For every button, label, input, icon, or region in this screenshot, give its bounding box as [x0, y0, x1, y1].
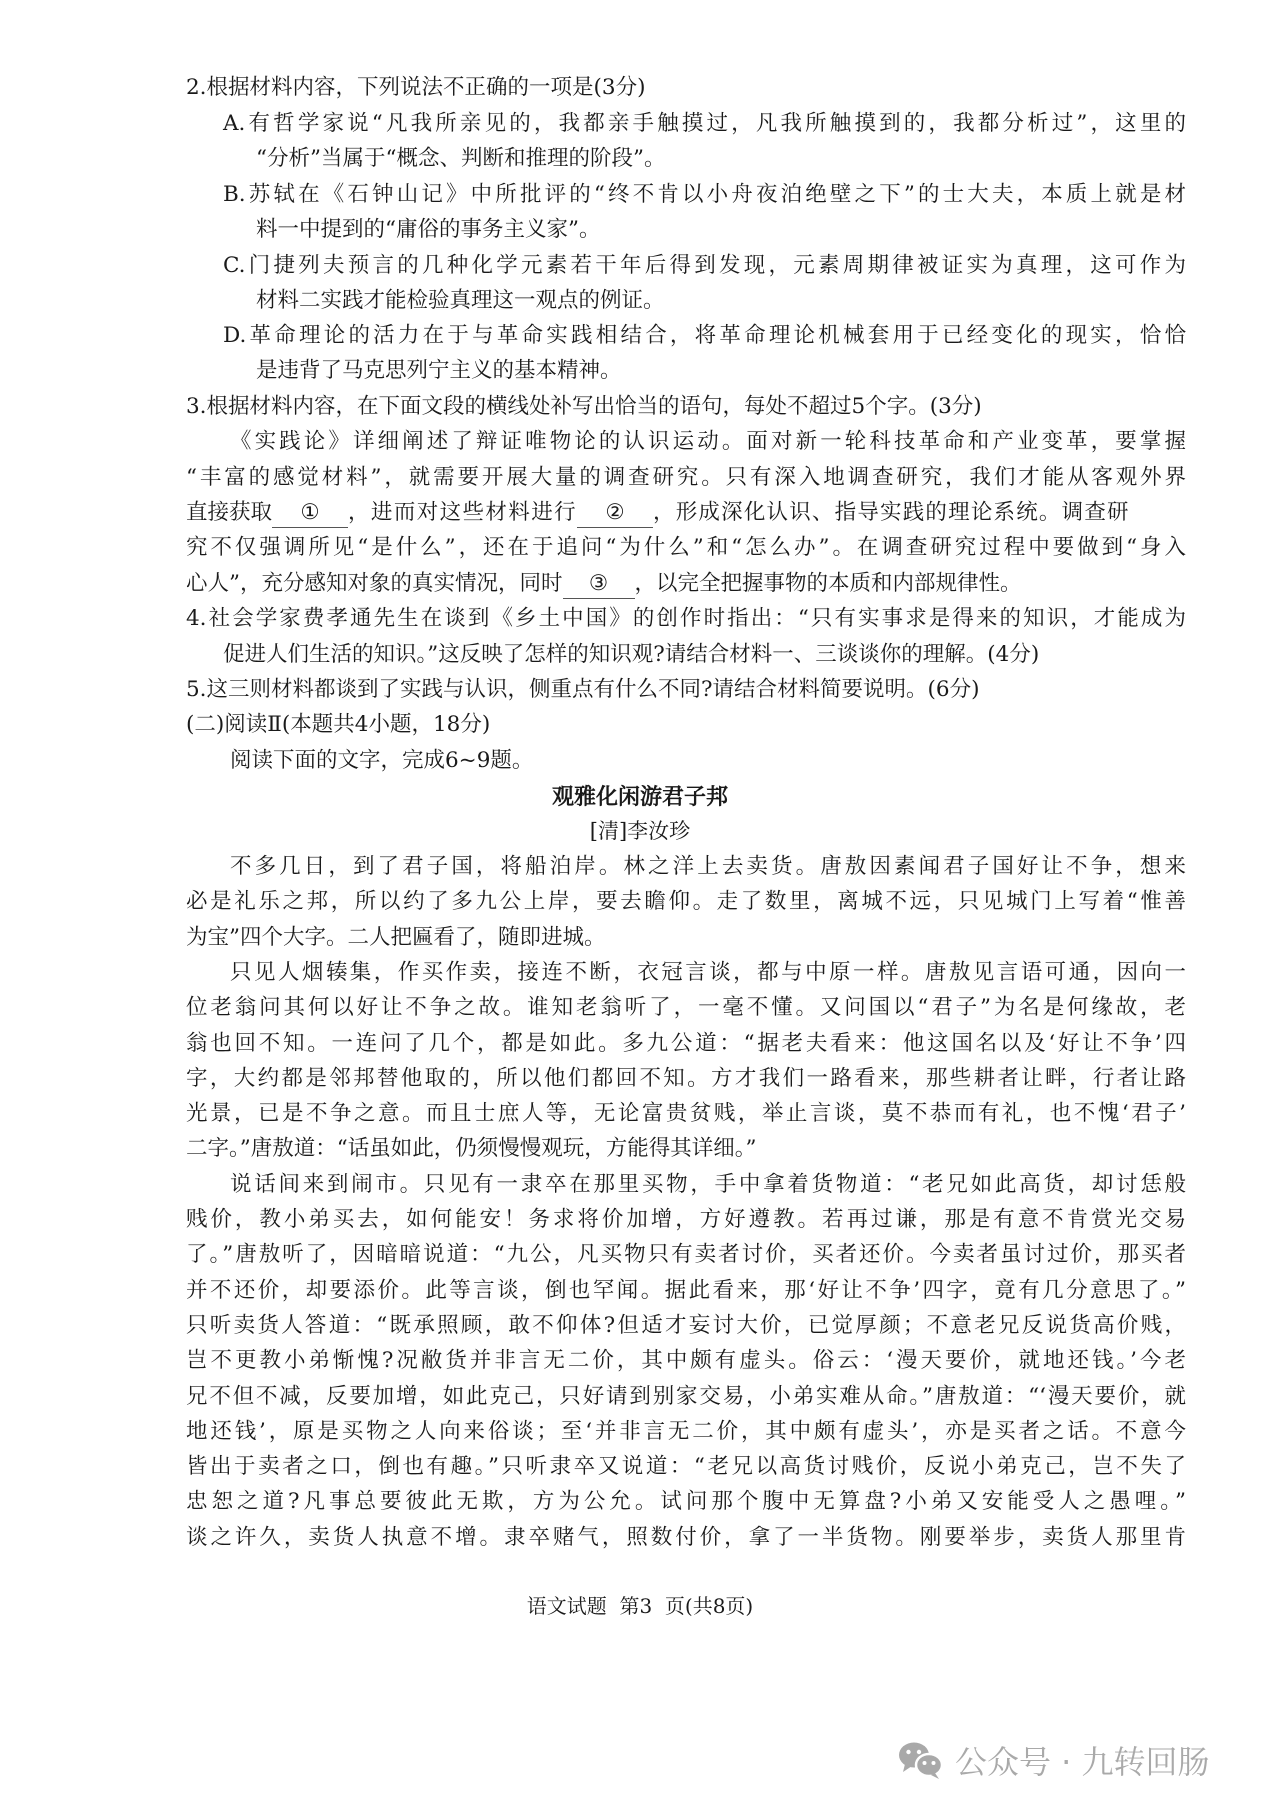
question-3-passage-line5: 心人”，充分感知对象的真实情况，同时③，以完全把握事物的本质和内部规律性。	[186, 566, 1022, 601]
question-4-line1: 4.社会学家费孝通先生在谈到《乡土中国》的创作时指出：“只有实事求是得来的知识，…	[186, 601, 1186, 636]
passage-line: 忠恕之道?凡事总要彼此无欺，方为公允。试问那个腹中无算盘?小弟又安能受人之愚哩。…	[186, 1484, 1186, 1519]
passage-line: 必是礼乐之邦，所以约了多九公上岸，要去瞻仰。走了数里，离城不远，只见城门上写着“…	[186, 884, 1186, 919]
passage-text: 直接获取	[186, 500, 272, 525]
option-b-line1: B.苏轼在《石钟山记》中所批评的“终不肯以小舟夜泊绝壁之下”的士大夫，本质上就是…	[223, 177, 1186, 212]
passage-line: 谈之许久，卖货人执意不增。隶卒赌气，照数付价，拿了一半货物。刚要举步，卖货人那里…	[186, 1520, 1186, 1555]
passage-text: ，以完全把握事物的本质和内部规律性。	[635, 571, 1022, 596]
passage-author: [清]李汝珍	[0, 814, 1280, 849]
option-c-line1: C.门捷列夫预言的几种化学元素若干年后得到发现，元素周期律被证实为真理，这可作为	[223, 248, 1186, 283]
passage-line: 岂不更教小弟惭愧?况敝货并非言无二价，其中颇有虚头。俗云：‘漫天要价，就地还钱。…	[186, 1343, 1186, 1378]
exam-page: 2.根据材料内容，下列说法不正确的一项是(3分) A.有哲学家说“凡我所亲见的，…	[0, 0, 1280, 1810]
question-3-passage-line4: 究不仅强调所见“是什么”，还在于追问“为什么”和“怎么办”。在调查研究过程中要做…	[186, 530, 1186, 565]
passage-line: 皆出于卖者之口，倒也有趣。”只听隶卒又说道：“老兄以高货讨贱价，反说小弟克己，岂…	[186, 1449, 1186, 1484]
passage-line: 说话间来到闹市。只见有一隶卒在那里买物，手中拿着货物道：“老兄如此高货，却讨恁般	[230, 1167, 1186, 1202]
passage-line: 位老翁问其何以好让不争之故。谁知老翁听了，一毫不懂。又问国以“君子”为名是何缘故…	[186, 990, 1186, 1025]
fill-blank-2: ②	[577, 499, 653, 528]
fill-blank-1: ①	[272, 499, 348, 528]
passage-text: 心人”，充分感知对象的真实情况，同时	[186, 571, 563, 596]
option-c-line2: 材料二实践才能检验真理这一观点的例证。	[256, 283, 665, 318]
passage-line: 并不还价，却要添价。此等言谈，倒也罕闻。据此看来，那‘好让不争’四字，竟有几分意…	[186, 1273, 1186, 1308]
passage-text: ，进而对这些材料进行	[348, 500, 577, 525]
question-4-line2: 促进人们生活的知识。”这反映了怎样的知识观?请结合材料一、三谈谈你的理解。(4分…	[223, 637, 1039, 672]
section-2-instruction: 阅读下面的文字，完成6~9题。	[230, 743, 533, 778]
passage-line: 为宝”四个大字。二人把匾看了，随即进城。	[186, 920, 606, 955]
wechat-icon	[897, 1740, 945, 1780]
option-d-line1: D.革命理论的活力在于与革命实践相结合，将革命理论机械套用于已经变化的现实，恰恰	[223, 318, 1186, 353]
passage-line: 二字。”唐敖道：“话虽如此，仍须慢慢观玩，方能得其详细。”	[186, 1131, 756, 1166]
watermark-text: 公众号 · 九转回肠	[955, 1737, 1210, 1783]
passage-line: 只见人烟辏集，作买作卖，接连不断，衣冠言谈，都与中原一样。唐敖见言语可通，因向一	[230, 955, 1186, 990]
passage-line: 地还钱’，原是买物之人向来俗谈；至‘并非言无二价，其中颇有虚头’，亦是买者之话。…	[186, 1414, 1186, 1449]
passage-line: 翁也回不知。一连问了几个，都是如此。多九公道：“据老夫看来：他这国名以及‘好让不…	[186, 1026, 1186, 1061]
fill-blank-3: ③	[563, 570, 635, 599]
passage-line: 不多几日，到了君子国，将船泊岸。林之洋上去卖货。唐敖因素闻君子国好让不争，想来	[230, 849, 1186, 884]
section-2-heading: (二)阅读Ⅱ(本题共4小题，18分)	[186, 707, 490, 742]
question-3-passage-line2: “丰富的感觉材料”，就需要开展大量的调查研究。只有深入地调查研究，我们才能从客观…	[186, 460, 1186, 495]
passage-title: 观雅化闲游君子邦	[0, 780, 1280, 815]
passage-text: ，形成深化认识、指导实践的理论系统。调查研	[653, 500, 1130, 525]
option-b-line2: 料一中提到的“庸俗的事务主义家”。	[256, 212, 601, 247]
passage-line: 了。”唐敖听了，因暗暗说道：“九公，凡买物只有卖者讨价，买者还价。今卖者虽讨过价…	[186, 1237, 1186, 1272]
option-a-line1: A.有哲学家说“凡我所亲见的，我都亲手触摸过，凡我所触摸到的，我都分析过”，这里…	[223, 106, 1186, 141]
page-footer: 语文试题 第3 页(共8页)	[0, 1590, 1280, 1619]
passage-line: 贱价，教小弟买去，如何能安！务求将价加增，方好遵教。若再过谦，那是有意不肯赏光交…	[186, 1202, 1186, 1237]
watermark: 公众号 · 九转回肠	[897, 1737, 1210, 1783]
passage-line: 只听卖货人答道：“既承照顾，敢不仰体?但适才妄讨大价，已觉厚颜；不意老兄反说货高…	[186, 1308, 1186, 1343]
passage-line: 光景，已是不争之意。而且士庶人等，无论富贵贫贱，举止言谈，莫不恭而有礼，也不愧‘…	[186, 1096, 1186, 1131]
question-5-line1: 5.这三则材料都谈到了实践与认识，侧重点有什么不同?请结合材料简要说明。(6分)	[186, 672, 980, 707]
question-3-passage-line3: 直接获取①，进而对这些材料进行②，形成深化认识、指导实践的理论系统。调查研	[186, 495, 1186, 530]
passage-line: 兄不但不减，反要加增，如此克己，只好请到别家交易，小弟实难从命。”唐敖道：“‘漫…	[186, 1379, 1186, 1414]
question-3-stem: 3.根据材料内容，在下面文段的横线处补写出恰当的语句，每处不超过5个字。(3分)	[186, 389, 982, 424]
option-d-line2: 是违背了马克思列宁主义的基本精神。	[256, 353, 622, 388]
question-2-stem: 2.根据材料内容，下列说法不正确的一项是(3分)	[186, 70, 645, 105]
passage-line: 字，大约都是邻邦替他取的，所以他们都回不知。方才我们一路看来，那些耕者让畔，行者…	[186, 1061, 1186, 1096]
question-3-passage-line1: 《实践论》详细阐述了辩证唯物论的认识运动。面对新一轮科技革命和产业变革，要掌握	[230, 424, 1186, 459]
option-a-line2: “分析”当属于“概念、判断和推理的阶段”。	[256, 141, 665, 176]
